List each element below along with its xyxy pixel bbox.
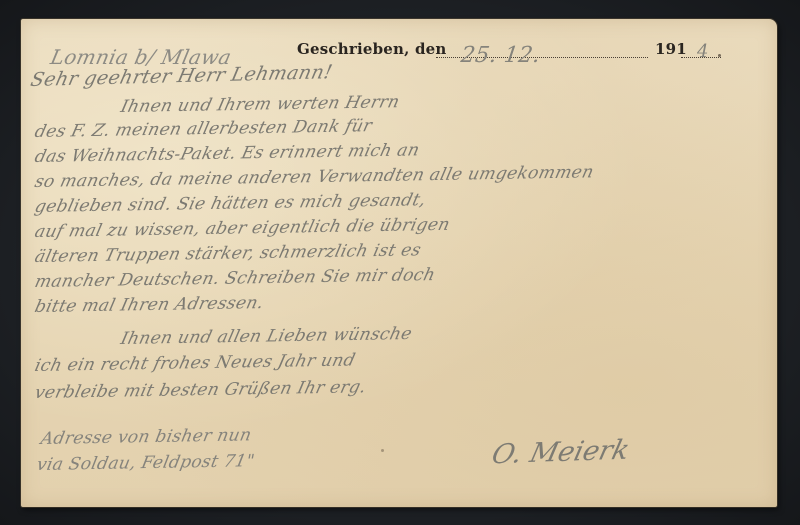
paper-speck bbox=[718, 54, 721, 57]
body-line: älteren Truppen stärker, schmerzlich ist… bbox=[33, 240, 423, 267]
printed-year-prefix: 191 bbox=[655, 40, 687, 58]
date-handwritten: 25. 12. bbox=[459, 43, 542, 68]
body-line: geblieben sind. Sie hätten es mich gesan… bbox=[33, 190, 428, 217]
body-line: ich ein recht frohes Neues Jahr und bbox=[33, 350, 358, 376]
body-line: des F. Z. meinen allerbesten Dank für bbox=[33, 116, 374, 142]
body-line: Ihnen und Ihrem werten Herrn bbox=[119, 92, 402, 117]
printed-written-on-label: Geschrieben, den bbox=[297, 40, 447, 58]
year-handwritten-digit: 4 bbox=[697, 41, 709, 62]
postcard: Lomnia b/ Mlawa Geschrieben, den 25. 12.… bbox=[21, 19, 777, 507]
body-line: Ihnen und allen Lieben wünsche bbox=[119, 324, 414, 349]
body-line: auf mal zu wissen, aber eigentlich die ü… bbox=[33, 215, 452, 242]
body-line: das Weihnachts-Paket. Es erinnert mich a… bbox=[33, 140, 422, 167]
address-line-1: Adresse von bisher nun bbox=[39, 425, 253, 449]
body-line: bitte mal Ihren Adressen. bbox=[33, 293, 266, 317]
address-line-2: via Soldau, Feldpost 71" bbox=[35, 451, 256, 475]
paper-speck bbox=[381, 449, 384, 452]
body-line: verbleibe mit besten Grüßen Ihr erg. bbox=[33, 377, 369, 403]
signature: O. Meierk bbox=[489, 435, 633, 471]
body-line: mancher Deutschen. Schreiben Sie mir doc… bbox=[33, 265, 438, 292]
body-line: so manches, da meine anderen Verwandten … bbox=[33, 162, 596, 192]
